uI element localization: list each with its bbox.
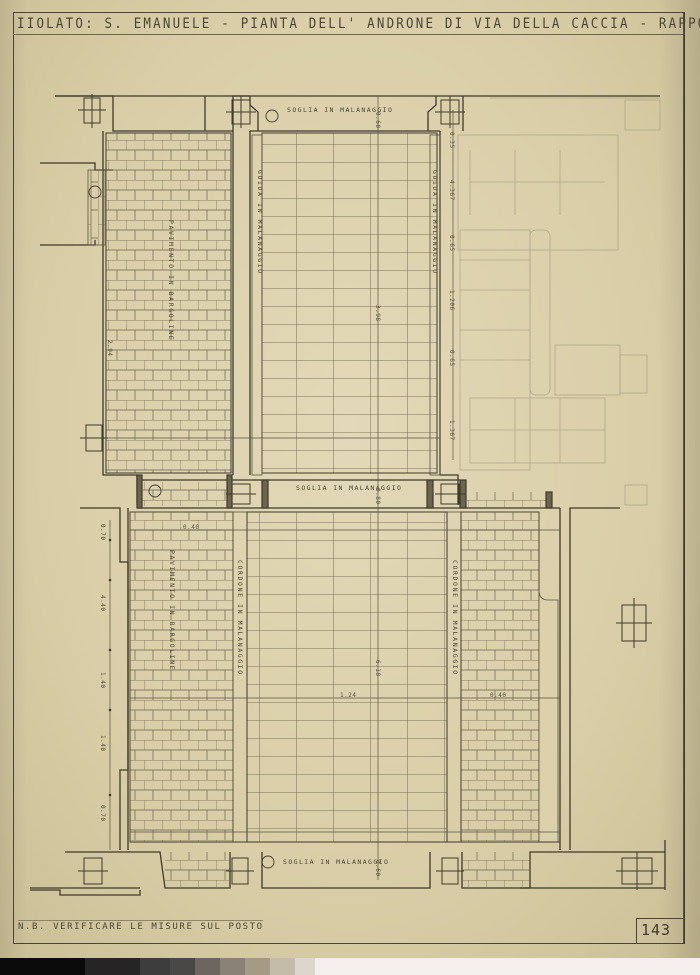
dimension-value: 0.80 xyxy=(374,488,381,504)
dimension-value: 1.367 xyxy=(448,420,455,441)
guida-label-left: GUIDA IN MALANAGGIO xyxy=(256,170,264,275)
guida-label-right: GUIDA IN MALANAGGIO xyxy=(431,170,439,275)
dimension-value: 1.24 xyxy=(340,692,356,699)
dimension-value: 0.40 xyxy=(490,692,506,699)
dimension-value: 0.60 xyxy=(374,112,381,128)
note-rule xyxy=(18,920,263,921)
dimension-value: 1.40 xyxy=(99,672,106,688)
dimension-value: 2.94 xyxy=(106,340,113,356)
dimension-value: 0.70 xyxy=(99,805,106,821)
dimension-value: 0.40 xyxy=(183,524,199,531)
pavimento-label-lower: PAVIMENTO IN BARGOLINE xyxy=(168,550,176,671)
dimension-value: 3.98 xyxy=(374,305,381,321)
soglia-label-middle: SOGLIA IN MALANAGGIO xyxy=(296,484,402,492)
verification-note: N.B. VERIFICARE LE MISURE SUL POSTO xyxy=(18,922,264,932)
cordone-label-left: CORDONE IN MALANAGGIO xyxy=(236,560,244,676)
dimension-value: 1.206 xyxy=(448,290,455,311)
sheet-number: 143 xyxy=(641,921,671,939)
dimension-value: 6.18 xyxy=(374,660,381,676)
calibration-strip xyxy=(0,958,700,975)
dimension-value: 1.40 xyxy=(99,735,106,751)
dimension-value: 0.60 xyxy=(374,860,381,876)
dimension-value: 4.367 xyxy=(448,180,455,201)
dimension-value: 0.35 xyxy=(448,132,455,148)
pavimento-label-upper: PAVIMENTO IN BARGOLINE xyxy=(167,220,175,341)
dimension-value: 0.65 xyxy=(448,235,455,251)
cordone-label-right: CORDONE IN MALANAGGIO xyxy=(451,560,459,676)
dimension-value: 4.40 xyxy=(99,595,106,611)
dimension-value: 0.70 xyxy=(99,524,106,540)
dimension-value: 0.65 xyxy=(448,350,455,366)
